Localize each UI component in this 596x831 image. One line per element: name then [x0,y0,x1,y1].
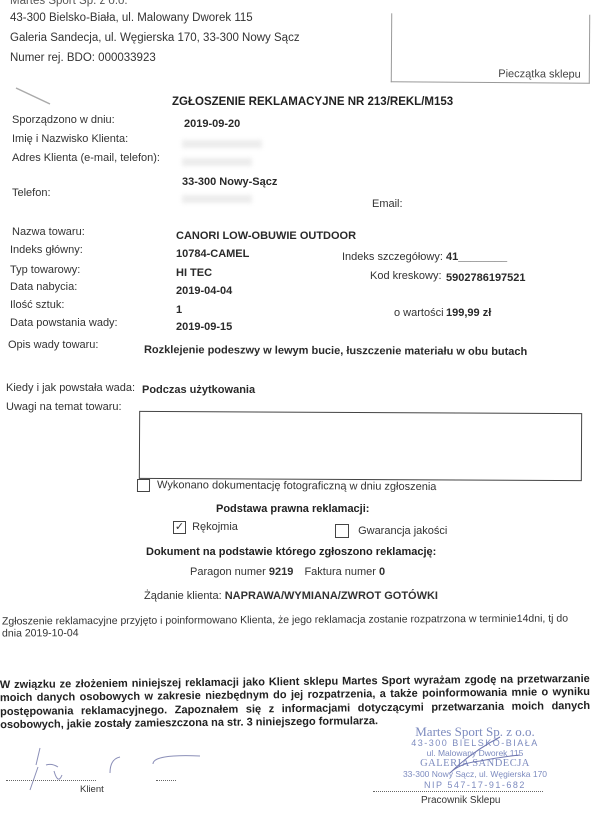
email-label: Email: [372,198,403,210]
defect-desc-label: Opis wady towaru: [8,339,98,351]
product-name-label: Nazwa towaru: [12,226,85,238]
legal-option-rekojmia: ✓ Rękojmia [173,521,238,534]
legal-option-gwarancja: Gwarancja jakości [335,524,447,538]
employee-signature-label: Pracownik Sklepu [421,795,500,806]
client-signature-line [6,780,96,781]
barcode-label: Kod kreskowy: [370,270,442,282]
stamp-box-label: Pieczątka sklepu [498,68,581,81]
quantity-label: Ilość sztuk: [10,299,64,311]
acceptance-note: Zgłoszenie reklamacyjne przyjęto i poinf… [2,612,588,639]
photo-doc-checkbox[interactable] [137,479,150,492]
legal-basis-title: Podstawa prawna reklamacji: [216,503,369,515]
quantity-value: 1 [176,304,182,316]
defect-desc-value: Rozklejenie podeszwy w lewym bucie, łusz… [144,344,527,358]
document-numbers: Paragon numer 9219 Faktura numer 0 [190,566,385,578]
client-signature-stroke [150,750,220,770]
photo-doc-row: Wykonano dokumentację fotograficzną w dn… [137,479,436,494]
defect-date-label: Data powstania wady: [10,317,118,329]
purchase-date-label: Data nabycia: [10,281,77,293]
receipt-value: 9219 [269,566,293,578]
bdo-number: Numer rej. BDO: 000033923 [10,52,156,64]
gwarancja-label: Gwarancja jakości [358,525,447,537]
client-demand: Żądanie klienta: NAPRAWA/WYMIANA/ZWROT G… [144,590,438,602]
barcode-value: 5902786197521 [446,272,526,284]
remarks-label: Uwagi na temat towaru: [6,401,122,413]
client-address-label: Adres Klienta (e-mail, telefon): [12,152,160,164]
photo-doc-label: Wykonano dokumentację fotograficzną w dn… [157,480,436,494]
client-signature-line-end [156,780,176,781]
redacted-name [182,140,262,148]
detail-index-value: 41________ [446,251,507,263]
gwarancja-checkbox[interactable] [335,524,349,538]
store-address: Galeria Sandecja, ul. Węgierska 170, 33-… [10,32,300,44]
client-name-label: Imię i Nazwisko Klienta: [12,133,128,145]
receipt-label: Paragon numer [190,566,266,578]
document-title-label: Dokument na podstawie którego zgłoszono … [146,546,436,558]
invoice-label: Faktura numer [304,566,376,578]
product-name-value: CANORI LOW-OBUWIE OUTDOOR [176,230,356,242]
document-title: ZGŁOSZENIE REKLAMACYJNE NR 213/REKL/M153 [172,96,453,108]
employee-signature [420,733,530,783]
rekojmia-checkbox[interactable]: ✓ [173,521,186,534]
purchase-date-value: 2019-04-04 [176,285,232,297]
remarks-field[interactable] [139,411,582,481]
demand-label: Żądanie klienta: [144,590,222,602]
type-value: HI TEC [176,267,212,279]
main-index-value: 10784-CAMEL [176,248,249,260]
date-value: 2019-09-20 [184,118,240,130]
check-icon: ✓ [175,521,184,533]
value-value: 199,99 zł [446,307,491,319]
employee-signature-line [373,791,543,792]
main-index-label: Indeks główny: [10,244,83,256]
invoice-value: 0 [379,566,385,578]
stamp-box: Pieczątka sklepu [391,13,590,83]
redacted-address [182,158,252,166]
pen-mark [14,86,54,108]
detail-index-label: Indeks szczegółowy: [342,251,443,263]
defect-date-value: 2019-09-15 [176,321,232,333]
client-signature-label: Klient [80,784,104,795]
company-name: Martes Sport Sp. z o.o. [10,0,128,7]
when-how-value: Podczas użytkowania [142,384,255,396]
when-how-label: Kiedy i jak powstała wada: [6,382,135,394]
redacted-phone [182,195,252,203]
company-address: 43-300 Bielsko-Biała, ul. Malowany Dwore… [10,12,253,24]
value-label: o wartości [394,307,444,319]
rekojmia-label: Rękojmia [192,521,238,533]
phone-label: Telefon: [12,187,51,199]
type-label: Typ towarowy: [10,264,80,276]
client-city-value: 33-300 Nowy-Sącz [182,176,277,188]
date-label: Sporządzono w dniu: [12,114,115,126]
demand-value: NAPRAWA/WYMIANA/ZWROT GOTÓWKI [225,590,438,602]
